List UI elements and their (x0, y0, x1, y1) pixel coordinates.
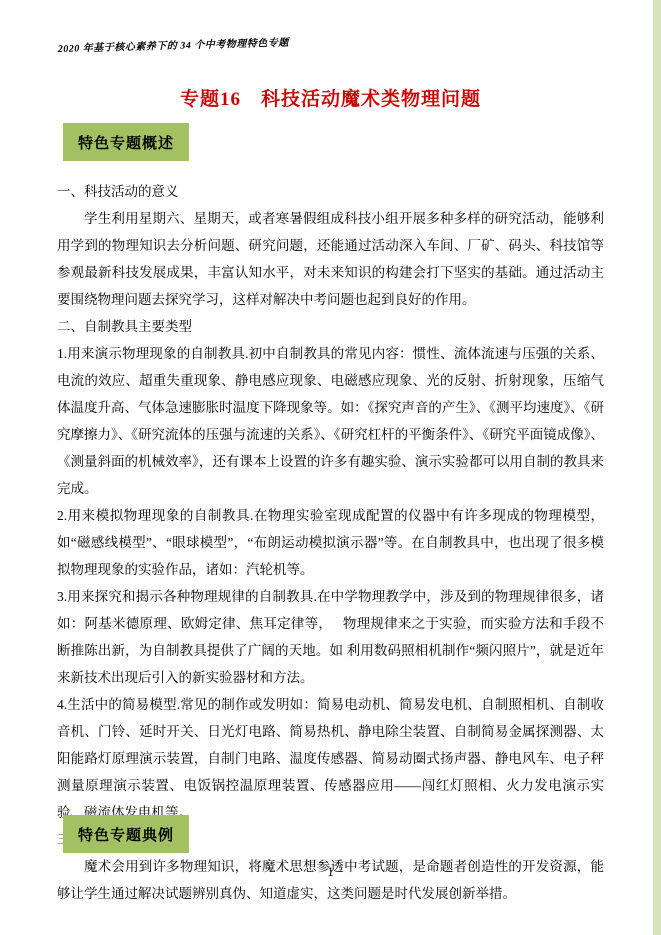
document-header: 2020 年基于核心素养下的 34 个中考物理特色专题 (58, 34, 289, 55)
document-body: 一、科技活动的意义 学生利用星期六、星期天，或者寒暑假组成科技小组开展多种多样的… (57, 178, 604, 907)
section-heading-example: 特色专题典例 (63, 815, 189, 853)
paragraph: 二、自制教具主要类型 (57, 313, 604, 340)
paragraph: 3.用来探究和揭示各种物理规律的自制教具.在中学物理教学中，涉及到的物理规律很多… (57, 583, 604, 691)
section-heading-overview: 特色专题概述 (63, 123, 189, 161)
paragraph: 一、科技活动的意义 (57, 178, 604, 205)
paragraph: 1.用来演示物理现象的自制教具.初中自制教具的常见内容：惯性、流体流速与压强的关… (57, 340, 604, 502)
right-edge-strip (653, 0, 661, 935)
paragraph: 学生利用星期六、星期天，或者寒暑假组成科技小组开展多种多样的研究活动，能够利用学… (57, 205, 604, 313)
paragraph: 魔术会用到许多物理知识，将魔术思想参透中考试题，是命题者创造性的开发资源，能够让… (57, 853, 604, 907)
document-page: 2020 年基于核心素养下的 34 个中考物理特色专题 专题16 科技活动魔术类… (0, 0, 661, 935)
paragraph: 2.用来模拟物理现象的自制教具.在物理实验室现成配置的仪器中有许多现成的物理模型… (57, 502, 604, 583)
page-number: 1 (0, 864, 661, 880)
page-title: 专题16 科技活动魔术类物理问题 (0, 84, 661, 111)
paragraph: 4.生活中的简易模型.常见的制作或发明如：简易电动机、简易发电机、自制照相机、自… (57, 691, 604, 826)
